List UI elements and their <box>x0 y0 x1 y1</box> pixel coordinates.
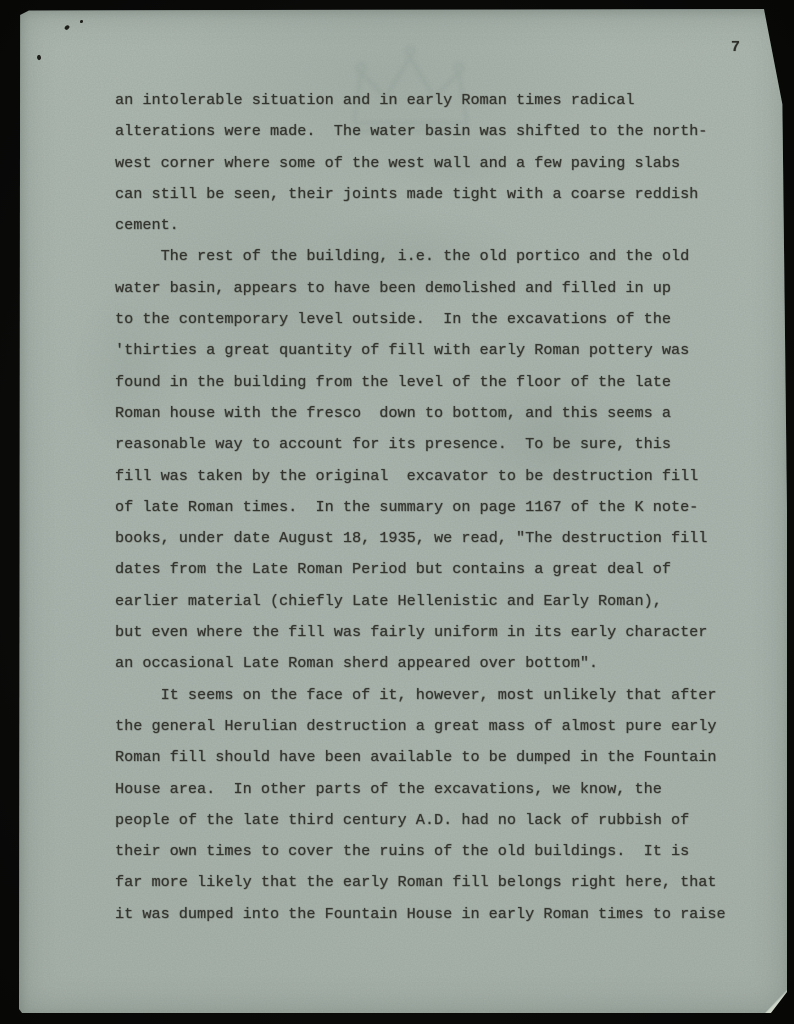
text-line: books, under date August 18, 1935, we re… <box>115 523 740 554</box>
ink-speck <box>64 24 70 30</box>
ink-speck <box>36 54 41 60</box>
text-line: water basin, appears to have been demoli… <box>115 273 740 304</box>
text-line: an occasional Late Roman sherd appeared … <box>115 648 740 679</box>
text-line: cement. <box>115 210 740 241</box>
text-line: far more likely that the early Roman fil… <box>115 867 740 898</box>
text-line: The rest of the building, i.e. the old p… <box>115 241 740 272</box>
text-line: but even where the fill was fairly unifo… <box>115 617 740 648</box>
text-line: dates from the Late Roman Period but con… <box>115 554 740 585</box>
text-line: 'thirties a great quantity of fill with … <box>115 335 740 366</box>
text-line: people of the late third century A.D. ha… <box>115 805 740 836</box>
page-number: 7 <box>731 39 740 56</box>
ink-speck <box>80 20 83 23</box>
text-line: to the contemporary level outside. In th… <box>115 304 740 335</box>
text-line: fill was taken by the original excavator… <box>115 461 740 492</box>
text-line: an intolerable situation and in early Ro… <box>115 85 740 116</box>
text-line: west corner where some of the west wall … <box>115 148 740 179</box>
text-line: reasonable way to account for its presen… <box>115 429 740 460</box>
scanned-document: { "page": { "number": "7", "paper_color"… <box>0 0 794 1024</box>
text-line: of late Roman times. In the summary on p… <box>115 492 740 523</box>
text-line: earlier material (chiefly Late Hellenist… <box>115 586 740 617</box>
document-page: 7 an intolerable situation and in early … <box>19 9 787 1013</box>
text-line: the general Herulian destruction a great… <box>115 711 740 742</box>
text-line: It seems on the face of it, however, mos… <box>115 680 740 711</box>
text-line: Roman fill should have been available to… <box>115 742 740 773</box>
text-line: alterations were made. The water basin w… <box>115 116 740 147</box>
text-line: can still be seen, their joints made tig… <box>115 179 740 210</box>
text-line: it was dumped into the Fountain House in… <box>115 899 740 930</box>
text-line: Roman house with the fresco down to bott… <box>115 398 740 429</box>
text-line: found in the building from the level of … <box>115 367 740 398</box>
text-line: their own times to cover the ruins of th… <box>115 836 740 867</box>
typewritten-text: an intolerable situation and in early Ro… <box>115 85 740 930</box>
text-line: House area. In other parts of the excava… <box>115 774 740 805</box>
